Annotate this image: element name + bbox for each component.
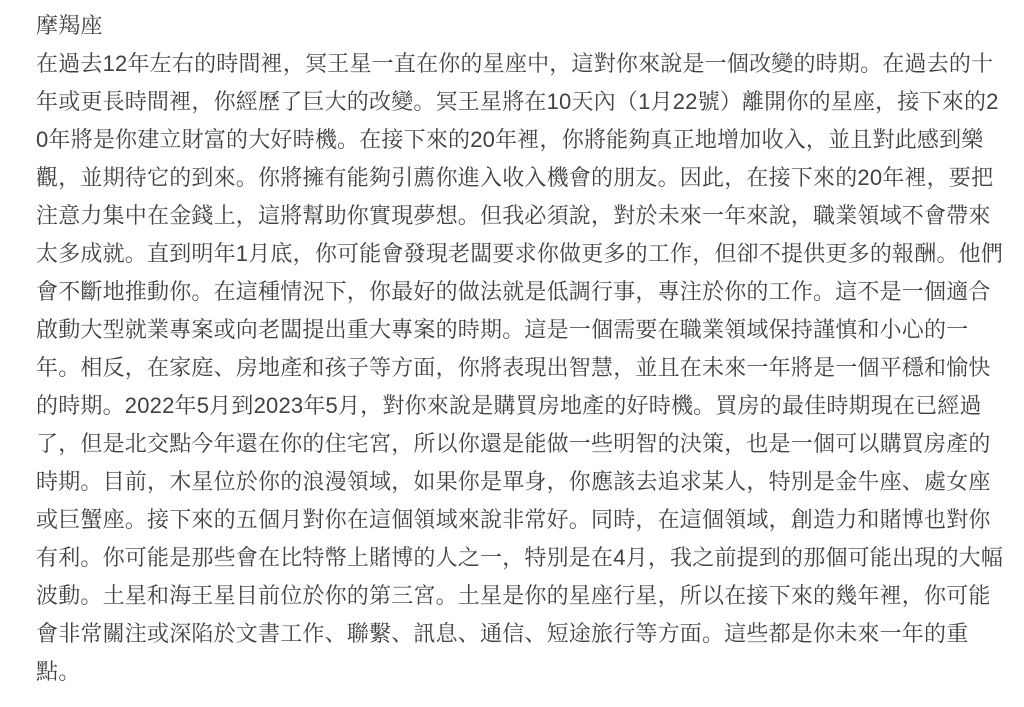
text-line: 注意力集中在金錢上，這將幫助你實現夢想。但我必須說，對於未來一年來說，職業領域不… (36, 197, 1018, 235)
text-line: 0年將是你建立財富的大好時機。在接下來的20年裡，你將能夠真正地增加收入，並且對… (36, 121, 1018, 159)
text-line: 啟動大型就業專案或向老闆提出重大專案的時期。這是一個需要在職業領域保持謹慎和小心… (36, 311, 1018, 349)
text-line: 年。相反，在家庭、房地產和孩子等方面，你將表現出智慧，並且在未來一年將是一個平穩… (36, 349, 1018, 387)
horoscope-article: 摩羯座 在過去12年左右的時間裡，冥王星一直在你的星座中，這對你來說是一個改變的… (36, 7, 1018, 691)
text-line: 時期。目前，木星位於你的浪漫領域，如果你是單身，你應該去追求某人，特別是金牛座、… (36, 463, 1018, 501)
text-line: 會非常關注或深陷於文書工作、聯繫、訊息、通信、短途旅行等方面。這些都是你未來一年… (36, 615, 1018, 653)
text-line: 波動。土星和海王星目前位於你的第三宮。土星是你的星座行星，所以在接下來的幾年裡，… (36, 577, 1018, 615)
text-line: 在過去12年左右的時間裡，冥王星一直在你的星座中，這對你來說是一個改變的時期。在… (36, 45, 1018, 83)
text-line: 年或更長時間裡，你經歷了巨大的改變。冥王星將在10天內（1月22號）離開你的星座… (36, 83, 1018, 121)
page: { "page": { "background_color": "#ffffff… (0, 0, 1024, 707)
text-line: 觀，並期待它的到來。你將擁有能夠引薦你進入收入機會的朋友。因此，在接下來的20年… (36, 159, 1018, 197)
text-line: 了，但是北交點今年還在你的住宅宮，所以你還是能做一些明智的決策，也是一個可以購買… (36, 425, 1018, 463)
text-line: 點。 (36, 653, 1018, 691)
article-body: 在過去12年左右的時間裡，冥王星一直在你的星座中，這對你來說是一個改變的時期。在… (36, 45, 1018, 691)
text-line: 會不斷地推動你。在這種情況下，你最好的做法就是低調行事，專注於你的工作。這不是一… (36, 273, 1018, 311)
text-line: 太多成就。直到明年1月底，你可能會發現老闆要求你做更多的工作，但卻不提供更多的報… (36, 235, 1018, 273)
text-line: 有利。你可能是那些會在比特幣上賭博的人之一，特別是在4月，我之前提到的那個可能出… (36, 539, 1018, 577)
page-title: 摩羯座 (36, 7, 1018, 45)
text-line: 的時期。2022年5月到2023年5月，對你來說是購買房地產的好時機。買房的最佳… (36, 387, 1018, 425)
text-line: 或巨蟹座。接下來的五個月對你在這個領域來說非常好。同時，在這個領域，創造力和賭博… (36, 501, 1018, 539)
